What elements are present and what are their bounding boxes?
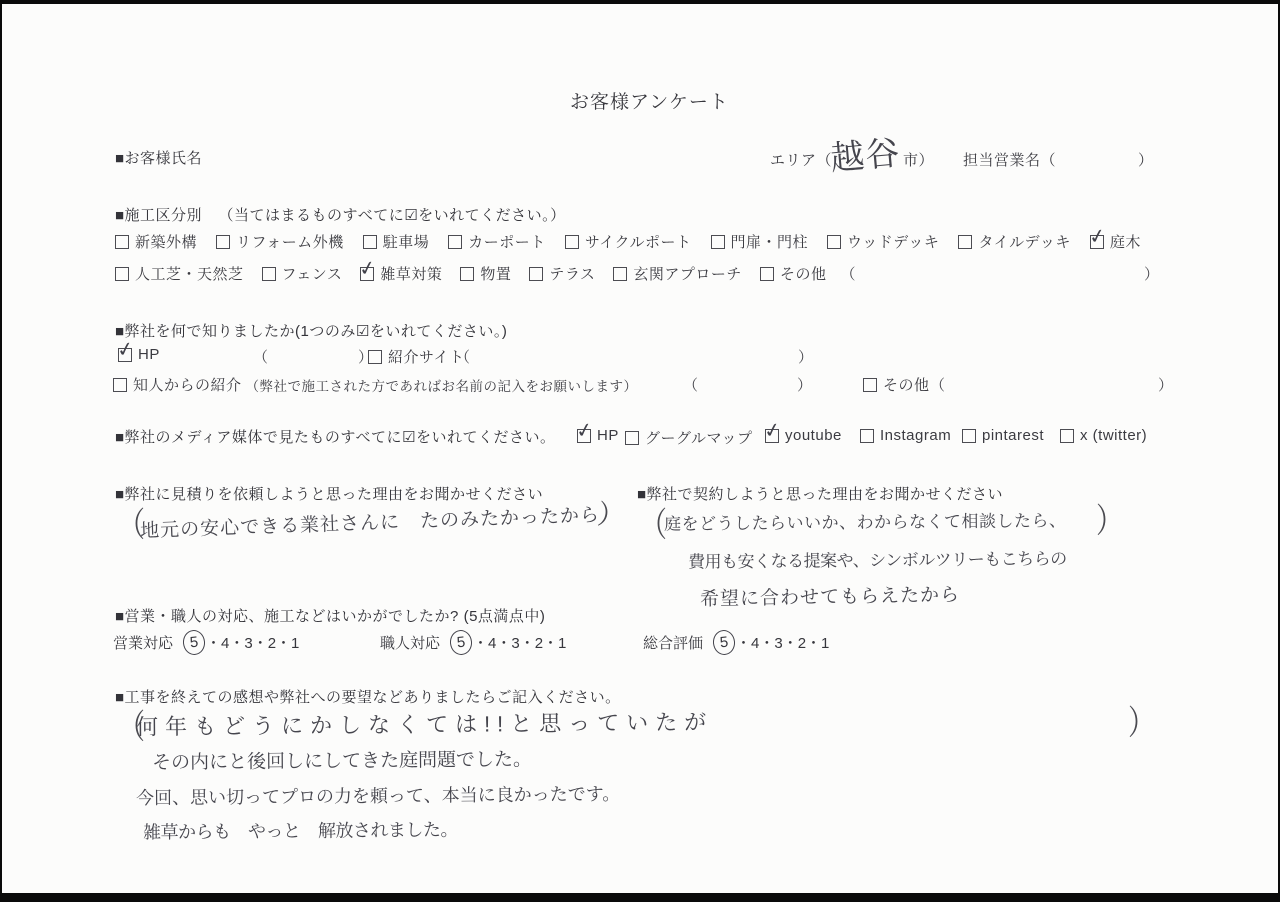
rating-scale[interactable]: ・4・3・2・1 [736, 632, 829, 653]
feedback-line-1: 何年もどうにかしなくては!!と思っていたが [136, 705, 713, 741]
source-other-paren-open: （ [930, 374, 945, 395]
rating-overall: 総合評価 5 ・4・3・2・1 [643, 630, 829, 655]
checkbox[interactable] [529, 267, 543, 281]
acquaintance-paren-open: （ [683, 374, 698, 395]
checkbox-label: HP [597, 427, 619, 444]
checkbox-label: youtube [785, 427, 842, 444]
checkbox-item-referral-site[interactable]: 紹介サイト [368, 346, 464, 367]
checkbox[interactable] [360, 267, 374, 281]
checkbox[interactable] [860, 429, 874, 443]
checkbox-item-genkan-approach[interactable]: 玄関アプローチ [613, 263, 742, 284]
rating-label: 総合評価 [643, 632, 703, 653]
sales-person-paren-close: ） [1138, 149, 1154, 170]
quote-reason-handwritten: 地元の安心できる業社さんに たのみたかったから [140, 500, 601, 543]
construction-note: （当てはまるものすべてに☑をいれてください。） [219, 207, 566, 224]
checkbox-item-niwaki[interactable]: 庭木 [1090, 231, 1141, 252]
construction-row-1: 新築外構 リフォーム外機 駐車場 カーポート サイクルポート 門扉・門柱 ウッド… [115, 231, 1141, 252]
checkbox-item-hp[interactable]: HP [118, 346, 160, 363]
checkbox[interactable] [958, 235, 972, 249]
ratings-heading: ■営業・職人の対応、施工などはいかがでしたか? (5点満点中) [115, 605, 545, 626]
checkbox[interactable] [765, 429, 779, 443]
checkbox-item-shinchiku-gaikou[interactable]: 新築外構 [115, 231, 197, 252]
checkbox-label: 庭木 [1110, 231, 1141, 252]
page-title: お客様アンケート [570, 87, 729, 114]
checkbox-label: その他 [883, 374, 930, 395]
contract-reason-line-3: 希望に合わせてもらえたから [700, 580, 960, 612]
checkbox-item-x-twitter[interactable]: x (twitter) [1060, 427, 1147, 444]
rating-5-circled[interactable]: 5 [712, 629, 736, 656]
checkbox-item-acquaintance[interactable]: 知人からの紹介（弊社で施工された方であればお名前の記入をお願いします） [113, 374, 638, 395]
area-label: エリア（ [770, 149, 832, 170]
checkbox[interactable] [262, 267, 276, 281]
checkbox[interactable] [216, 235, 230, 249]
rating-sales: 営業対応 5 ・4・3・2・1 [113, 630, 299, 655]
feedback-line-3: 今回、思い切ってプロの力を頼って、本当に良かったです。 [136, 780, 620, 810]
checkbox-label: サイクルポート [585, 231, 692, 252]
source-other-paren-close: ） [1158, 374, 1173, 395]
checkbox[interactable] [1090, 235, 1104, 249]
feedback-paren-close: ） [1128, 695, 1155, 744]
scan-border-left [0, 0, 2, 902]
checkbox[interactable] [460, 267, 474, 281]
rating-label: 営業対応 [113, 632, 173, 653]
checkbox-item-tile-deck[interactable]: タイルデッキ [958, 231, 1070, 252]
checkbox-item-pintarest[interactable]: pintarest [962, 427, 1044, 444]
rating-craftsman: 職人対応 5 ・4・3・2・1 [380, 630, 566, 655]
feedback-line-2: その内にと後回しにしてきた庭問題でした。 [152, 744, 532, 774]
quote-reason-heading: ■弊社に見積りを依頼しようと思った理由をお聞かせください [115, 483, 543, 504]
acquaintance-note: （弊社で施工された方であればお名前の記入をお願いします） [246, 375, 638, 395]
other-paren-close: ） [1144, 263, 1160, 284]
contract-reason-line-1: 庭をどうしたらいいか、わからなくて相談したら、 [664, 506, 1067, 535]
checkbox[interactable] [962, 429, 976, 443]
customer-name-label: ■お客様氏名 [115, 147, 202, 168]
checkbox[interactable] [115, 267, 129, 281]
checkbox-label: グーグルマップ [645, 427, 752, 448]
acquaintance-paren-close: ） [797, 374, 812, 395]
contract-reason-line-2: 費用も安くなる提案や、シンボルツリーもこちらの [688, 544, 1067, 572]
checkbox[interactable] [565, 235, 579, 249]
rating-label: 職人対応 [380, 632, 440, 653]
checkbox[interactable] [827, 235, 841, 249]
checkbox-label: pintarest [982, 427, 1044, 444]
checkbox-item-youtube[interactable]: youtube [765, 427, 842, 444]
checkbox-item-jinkoshiba[interactable]: 人工芝・天然芝 [115, 263, 244, 284]
checkbox-item-monooki[interactable]: 物置 [460, 263, 511, 284]
checkbox-label: タイルデッキ [978, 231, 1070, 252]
checkbox-label: フェンス [282, 263, 343, 284]
checkbox-label: 紹介サイト [388, 346, 464, 367]
rating-scale[interactable]: ・4・3・2・1 [206, 632, 299, 653]
checkbox-item-chushajo[interactable]: 駐車場 [363, 231, 430, 252]
media-heading: ■弊社のメディア媒体で見たものすべてに☑をいれてください。 [115, 426, 556, 447]
hp-paren-open: （ [253, 346, 268, 367]
checkbox-label: 物置 [480, 263, 511, 284]
checkbox-label: 駐車場 [383, 231, 430, 252]
checkbox[interactable] [115, 235, 129, 249]
checkbox[interactable] [1060, 429, 1074, 443]
checkbox-label: 知人からの紹介 [133, 374, 242, 395]
checkbox-label: 人工芝・天然芝 [135, 263, 244, 284]
rating-scale[interactable]: ・4・3・2・1 [473, 632, 566, 653]
feedback-line-4: 雑草からも やっと 解放されました。 [143, 816, 458, 845]
rating-5-circled[interactable]: 5 [182, 629, 206, 656]
checkbox-label: カーポート [468, 231, 546, 252]
sales-person-label: 担当営業名（ [963, 149, 1056, 170]
checkbox-item-carport[interactable]: カーポート [448, 231, 546, 252]
checkbox[interactable] [363, 235, 377, 249]
checkbox[interactable] [711, 235, 725, 249]
quote-paren-close: ） [595, 492, 627, 534]
checkbox[interactable] [577, 429, 591, 443]
contract-reason-heading: ■弊社で契約しようと思った理由をお聞かせください [637, 483, 1003, 504]
checkbox-label: 門扉・門柱 [731, 231, 809, 252]
checkbox-label: リフォーム外機 [236, 231, 344, 252]
checkbox-label: HP [138, 346, 160, 363]
checkbox-label: Instagram [880, 427, 951, 444]
checkbox-label: ウッドデッキ [847, 231, 939, 252]
checkbox-label: 雑草対策 [380, 263, 442, 284]
other-paren-open: （ [840, 263, 856, 284]
checkbox[interactable] [613, 267, 627, 281]
checkbox-item-cycleport[interactable]: サイクルポート [565, 231, 692, 252]
construction-row-2: 人工芝・天然芝 フェンス 雑草対策 物置 テラス 玄関アプローチ その他 （ ） [115, 263, 1159, 284]
referral-paren-close: ） [798, 346, 813, 367]
source-heading: ■弊社を何で知りましたか(1つのみ☑をいれてください。) [115, 320, 507, 341]
checkbox-item-reform-gaikou[interactable]: リフォーム外機 [216, 231, 344, 252]
checkbox-item-wood-deck[interactable]: ウッドデッキ [827, 231, 939, 252]
checkbox-item-monpi-monchu[interactable]: 門扉・門柱 [711, 231, 809, 252]
construction-heading: ■施工区分別 [115, 207, 202, 224]
rating-5-circled[interactable]: 5 [449, 629, 473, 656]
feedback-heading: ■工事を終えての感想や弊社への要望などありましたらご記入ください。 [115, 686, 621, 707]
referral-paren-open: （ [455, 346, 470, 367]
area-value-handwritten: 越谷 [828, 125, 902, 180]
checkbox-item-instagram[interactable]: Instagram [860, 427, 951, 444]
checkbox-label: テラス [549, 263, 595, 284]
area-suffix: 市） [903, 149, 934, 170]
checkbox-item-zassou-taisaku[interactable]: 雑草対策 [360, 263, 442, 284]
checkbox-label: x (twitter) [1080, 427, 1147, 444]
checkbox[interactable] [368, 350, 382, 364]
checkbox-item-fence[interactable]: フェンス [262, 263, 343, 284]
checkbox[interactable] [118, 348, 132, 362]
checkbox[interactable] [113, 378, 127, 392]
checkbox-item-google-map[interactable]: グーグルマップ [625, 427, 752, 448]
checkbox-item-media-hp[interactable]: HP [577, 427, 619, 444]
checkbox[interactable] [448, 235, 462, 249]
contract-paren-close: ） [1096, 493, 1123, 542]
scan-border-bottom [0, 893, 1280, 902]
scanned-survey-form: お客様アンケート ■お客様氏名 エリア（ 越谷 市） 担当営業名（ ） ■施工区… [0, 0, 1280, 902]
checkbox[interactable] [625, 431, 639, 445]
checkbox-item-terrace[interactable]: テラス [529, 263, 595, 284]
checkbox-label: 玄関アプローチ [633, 263, 742, 284]
checkbox-label: その他 [780, 263, 827, 284]
checkbox-item-source-other[interactable]: その他 [863, 374, 930, 395]
checkbox-label: 新築外構 [135, 231, 197, 252]
checkbox-item-sonota[interactable]: その他 [760, 263, 827, 284]
checkbox[interactable] [863, 378, 877, 392]
checkbox[interactable] [760, 267, 774, 281]
contract-paren-open: （ [640, 497, 667, 546]
scan-border-top [0, 0, 1280, 4]
